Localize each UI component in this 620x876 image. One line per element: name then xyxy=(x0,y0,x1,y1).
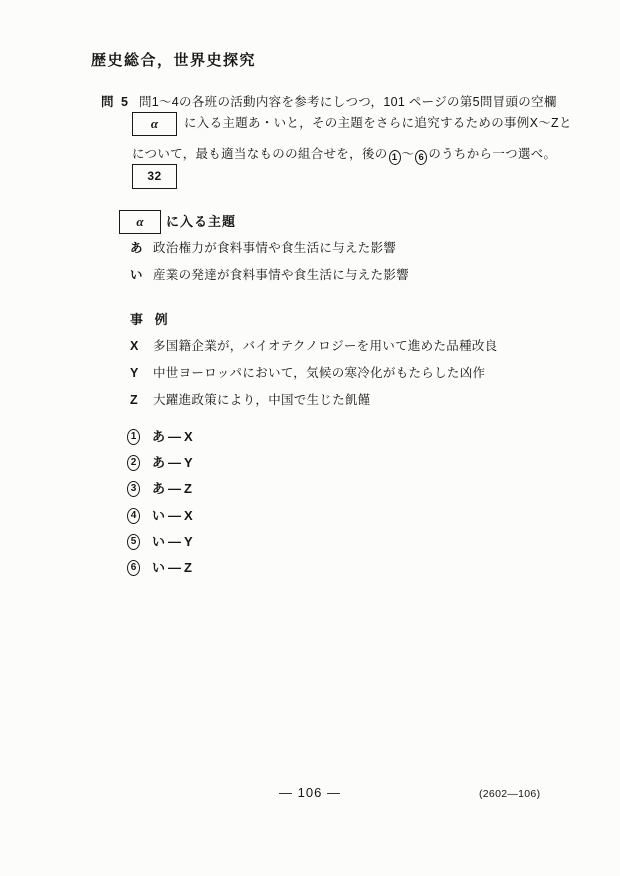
option-case: X xyxy=(184,429,193,444)
option-row-4: 4 い—X xyxy=(127,508,193,524)
question-line3-range: ～ xyxy=(402,147,415,161)
alpha-symbol: α xyxy=(151,116,158,132)
option-case: Y xyxy=(184,534,193,549)
alpha-blank-box-2: α xyxy=(119,210,161,234)
option-theme: あ xyxy=(152,429,165,444)
theme-item: い 産業の発達が食料事情や食生活に与えた影響 xyxy=(130,268,409,284)
question-line1: 問 5問1～4の各班の活動内容を参考にしつつ，101 ページの第5問冒頭の空欄 xyxy=(101,95,557,111)
option-dash: — xyxy=(168,560,181,575)
option-theme: い xyxy=(152,534,165,549)
themes-heading-text: に入る主題 xyxy=(166,214,236,230)
circled-number-6-icon: 6 xyxy=(415,150,427,165)
circled-number-icon: 1 xyxy=(127,429,140,445)
option-label: あ—Z xyxy=(152,481,192,497)
option-label: あ—Y xyxy=(152,455,193,471)
option-theme: あ xyxy=(152,481,165,496)
option-row-1: 1 あ—X xyxy=(127,429,193,445)
circled-number-icon: 5 xyxy=(127,534,140,550)
case-key: X xyxy=(130,339,153,355)
question-line2-text: に入る主題あ・いと，その主題をさらに追究するための事例X～Zと xyxy=(184,116,572,132)
exam-page: 歴史総合，世界史探究 問 5問1～4の各班の活動内容を参考にしつつ，101 ペー… xyxy=(0,0,620,876)
case-key: Z xyxy=(130,393,153,409)
option-case: Y xyxy=(184,455,193,470)
option-label: あ—X xyxy=(152,429,193,445)
case-text: 多国籍企業が，バイオテクノロジーを用いて進めた品種改良 xyxy=(153,339,497,355)
option-row-2: 2 あ—Y xyxy=(127,455,193,471)
option-row-5: 5 い—Y xyxy=(127,534,193,550)
theme-text: 産業の発達が食料事情や食生活に与えた影響 xyxy=(153,268,409,284)
case-text: 中世ヨーロッパにおいて，気候の寒冷化がもたらした凶作 xyxy=(153,366,485,382)
option-theme: あ xyxy=(152,455,165,470)
circled-number-icon: 3 xyxy=(127,481,140,497)
option-theme: い xyxy=(152,560,165,575)
circled-number-1-icon: 1 xyxy=(389,150,401,165)
case-text: 大躍進政策により，中国で生じた飢饉 xyxy=(153,393,371,409)
question-line2: α に入る主題あ・いと，その主題をさらに追究するための事例X～Zと xyxy=(132,112,572,136)
circled-number-icon: 2 xyxy=(127,455,140,471)
option-case: Z xyxy=(184,481,192,496)
option-row-6: 6 い—Z xyxy=(127,560,192,576)
option-dash: — xyxy=(168,534,181,549)
theme-item: あ 政治権力が食料事情や食生活に与えた影響 xyxy=(130,241,396,257)
question-line3-pre: について，最も適当なものの組合せを，後の xyxy=(132,147,388,161)
themes-heading: α に入る主題 xyxy=(119,210,236,234)
question-line3: について，最も適当なものの組合せを，後の1～6のうちから一つ選べ。 xyxy=(132,147,556,165)
theme-key: あ xyxy=(130,241,153,257)
option-dash: — xyxy=(168,508,181,523)
option-theme: い xyxy=(152,508,165,523)
circled-number-icon: 4 xyxy=(127,508,140,524)
option-label: い—Z xyxy=(152,560,192,576)
document-title: 歴史総合，世界史探究 xyxy=(91,52,256,71)
case-item: Y 中世ヨーロッパにおいて，気候の寒冷化がもたらした凶作 xyxy=(130,366,485,382)
theme-key: い xyxy=(130,268,153,284)
option-dash: — xyxy=(168,455,181,470)
option-dash: — xyxy=(168,481,181,496)
case-item: X 多国籍企業が，バイオテクノロジーを用いて進めた品種改良 xyxy=(130,339,497,355)
option-label: い—Y xyxy=(152,534,193,550)
question-label: 問 5 xyxy=(101,95,130,109)
circled-number-icon: 6 xyxy=(127,560,140,576)
cases-heading: 事 例 xyxy=(130,312,172,328)
case-item: Z 大躍進政策により，中国で生じた飢饉 xyxy=(130,393,371,409)
option-row-3: 3 あ—Z xyxy=(127,481,192,497)
question-line3-post: のうちから一つ選べ。 xyxy=(428,147,556,161)
theme-text: 政治権力が食料事情や食生活に与えた影響 xyxy=(153,241,396,257)
alpha-blank-box: α xyxy=(132,112,177,136)
option-case: X xyxy=(184,508,193,523)
option-label: い—X xyxy=(152,508,193,524)
case-key: Y xyxy=(130,366,153,382)
option-dash: — xyxy=(168,429,181,444)
answer-number-box: 32 xyxy=(132,164,177,189)
print-code: (2602—106) xyxy=(479,788,540,801)
alpha-symbol-2: α xyxy=(136,214,143,230)
question-line1-text: 問1～4の各班の活動内容を参考にしつつ，101 ページの第5問冒頭の空欄 xyxy=(139,95,557,109)
option-case: Z xyxy=(184,560,192,575)
